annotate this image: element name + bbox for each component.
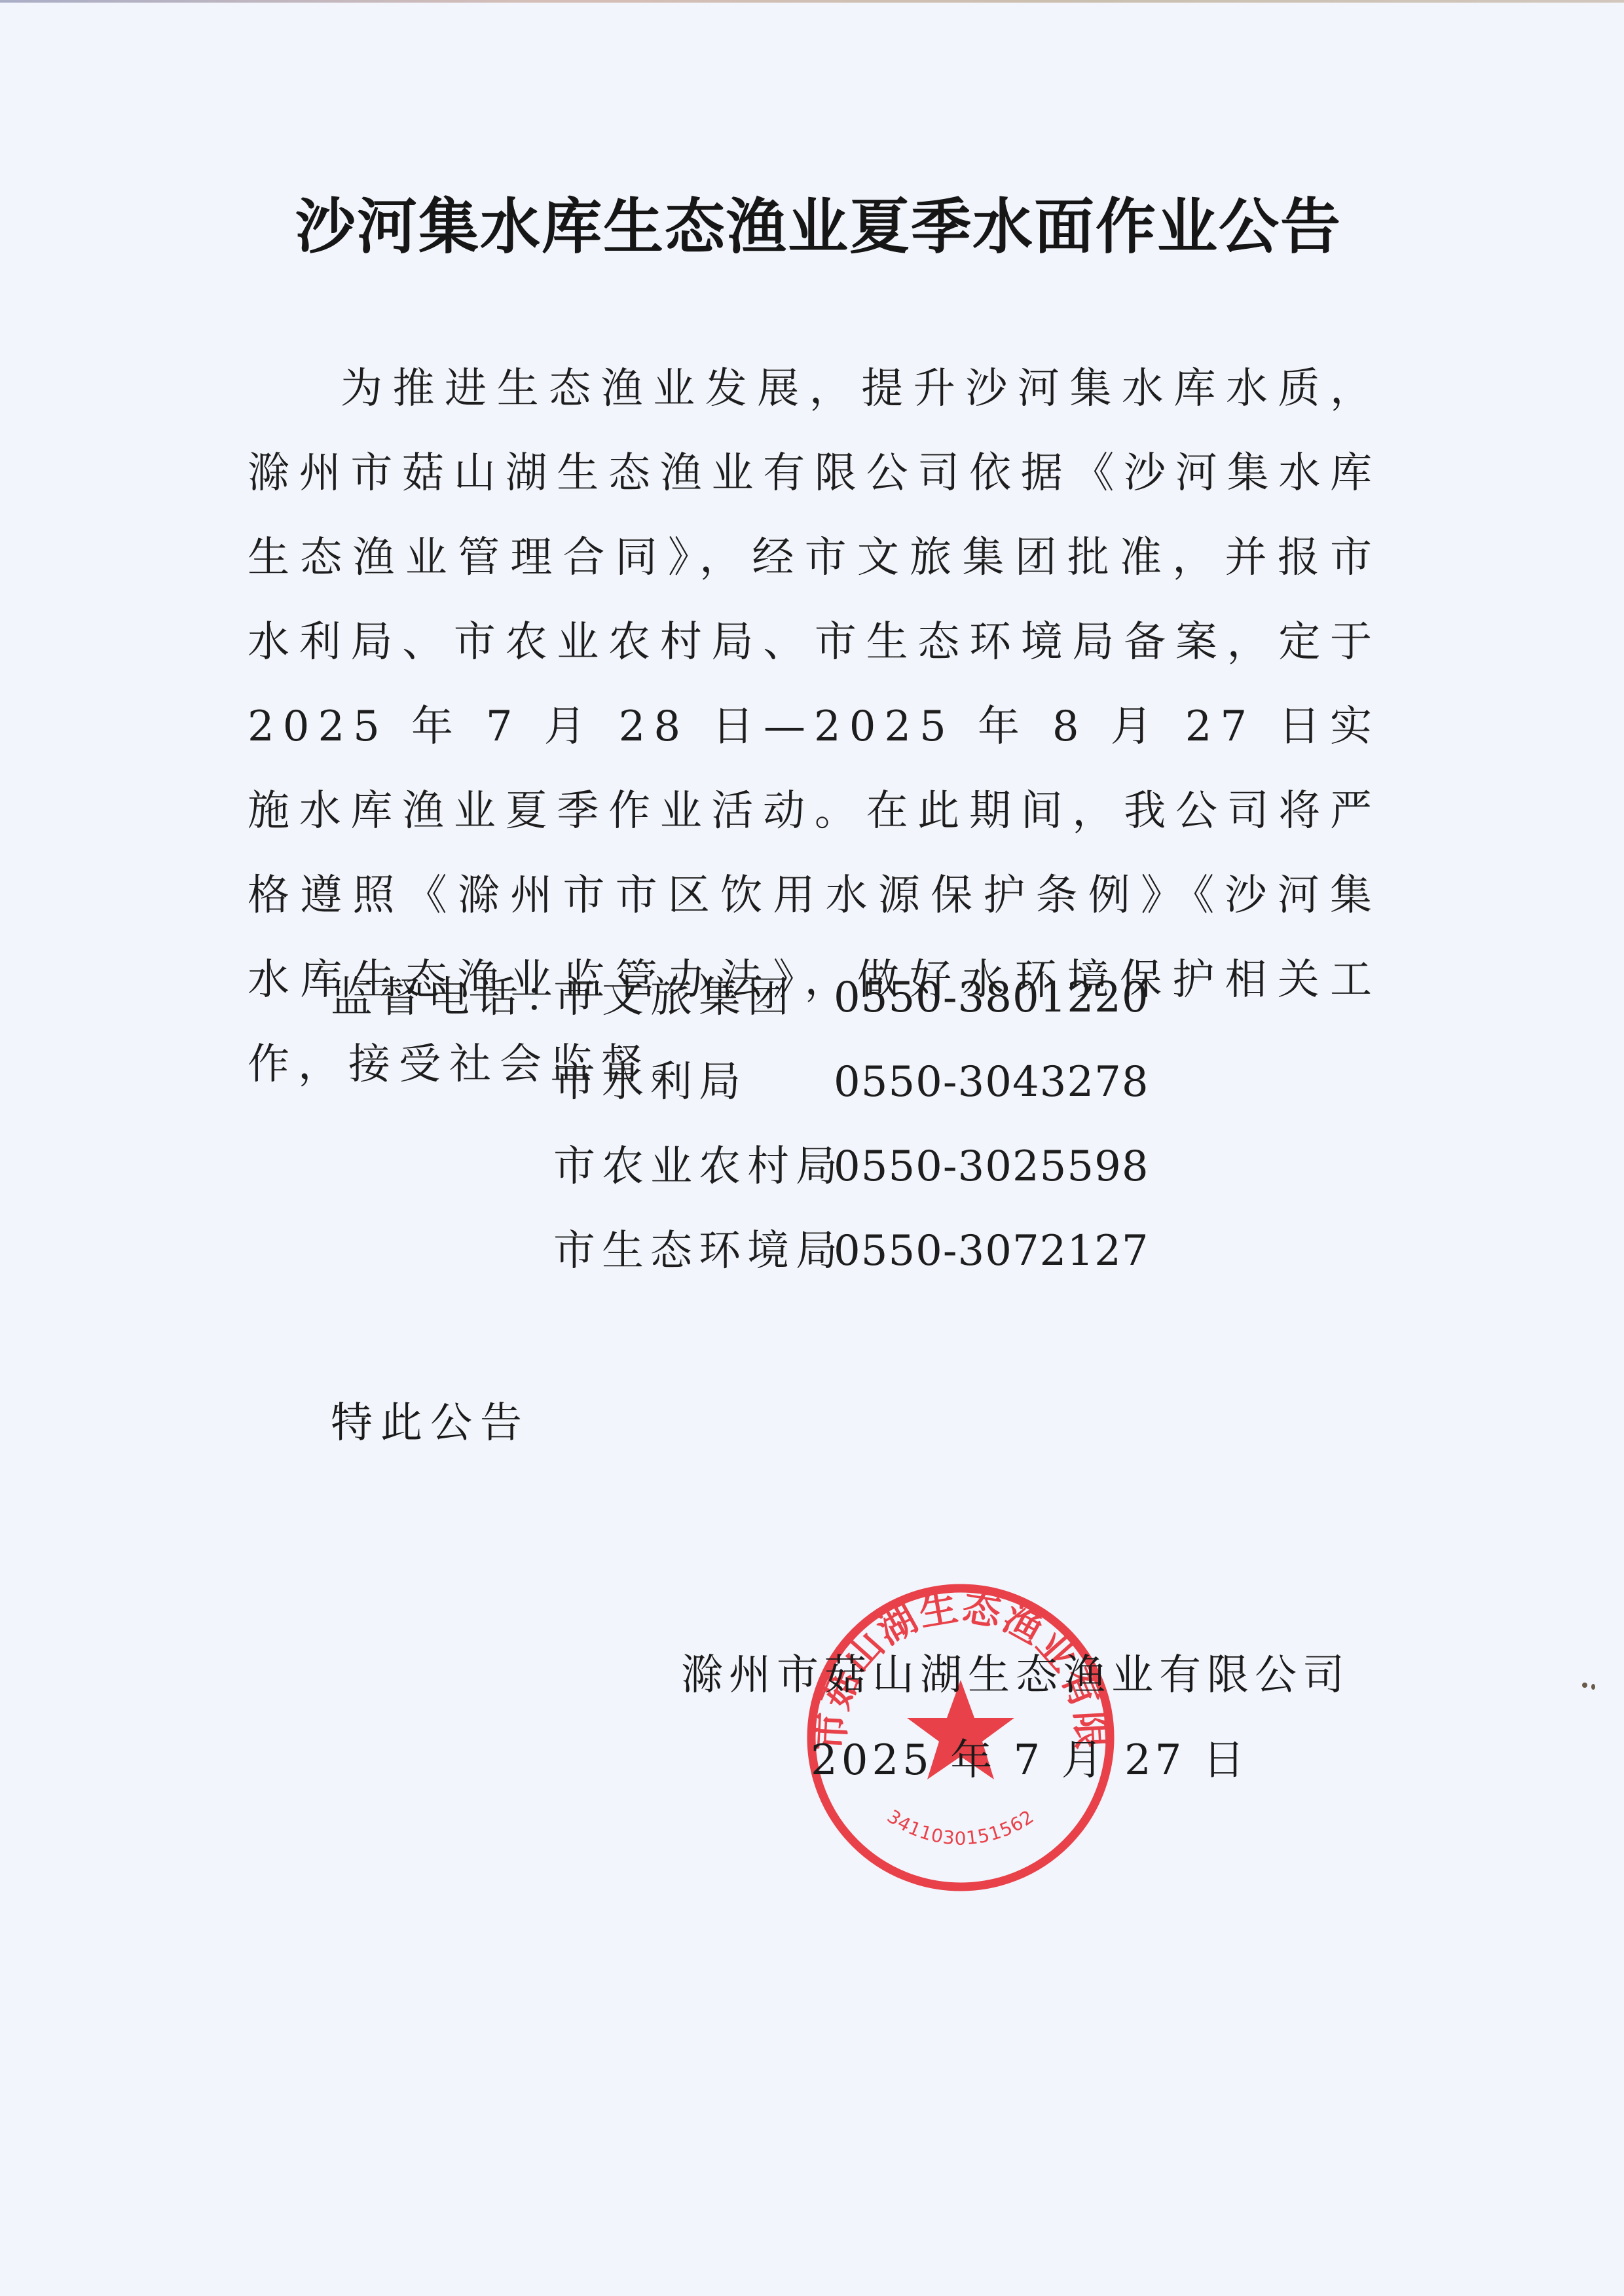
contact-phone: 0550-3025598: [834, 1125, 1149, 1209]
contact-phone: 0550-3801220: [834, 956, 1149, 1040]
scan-top-edge: [0, 0, 1624, 3]
contact-org: 市生态环境局: [553, 1209, 844, 1294]
contact-phone: 0550-3072127: [834, 1209, 1149, 1294]
scan-speck: [1582, 1683, 1587, 1688]
seal-code: 3411030151562: [883, 1806, 1038, 1849]
closing-remark: 特此公告: [331, 1381, 530, 1466]
page-title: 沙河集水库生态渔业夏季水面作业公告: [262, 191, 1375, 263]
scan-speck: [1591, 1684, 1595, 1690]
contact-org: 市水利局: [553, 1040, 747, 1125]
signature-company: 滁州市菇山湖生态渔业有限公司: [681, 1633, 1290, 1718]
contact-org: 市文旅集团: [553, 956, 796, 1040]
contact-org: 市农业农村局: [553, 1125, 844, 1209]
signature-date: 2025 年 7 月 27 日: [811, 1719, 1249, 1803]
contacts-label: 监督电话：: [331, 956, 573, 1040]
contact-phone: 0550-3043278: [834, 1040, 1149, 1125]
